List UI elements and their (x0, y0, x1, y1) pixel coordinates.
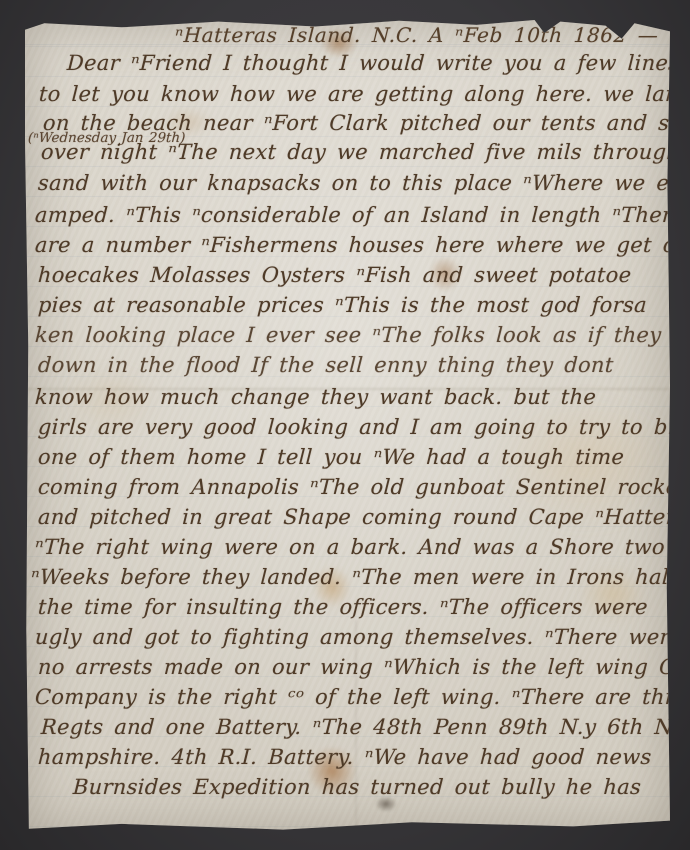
letter-line: no arrests made on our wing ⁿWhich is th… (37, 654, 690, 680)
letter-line: know how much change they want back. but… (34, 384, 597, 410)
letter-line: to let you know how we are getting along… (38, 81, 690, 107)
letter-line: ⁿWeeks before they landed. ⁿThe men were… (30, 564, 677, 590)
letter-line: Dear ⁿFriend I thought I would write you… (66, 50, 680, 76)
letter-line: Regts and one Battery. ⁿThe 48th Penn 89… (40, 714, 674, 740)
letter-line: over night ⁿThe next day we marched five… (40, 139, 690, 165)
letter-line: coming from Annapolis ⁿThe old gunboat S… (37, 474, 690, 500)
letter-page: ⁿHatteras Island. N.C. A ⁿFeb 10th 1862 … (25, 20, 670, 832)
letter-line: hoecakes Molasses Oysters ⁿFish and swee… (37, 262, 632, 288)
letter-line: one of them home I tell you ⁿWe had a to… (37, 444, 625, 470)
letter-text: ⁿHatteras Island. N.C. A ⁿFeb 10th 1862 … (25, 20, 670, 832)
photo-backdrop: ⁿHatteras Island. N.C. A ⁿFeb 10th 1862 … (0, 0, 690, 850)
letter-line: girls are very good looking and I am goi… (37, 414, 690, 440)
letter-line: are a number ⁿFishermens houses here whe… (34, 232, 690, 258)
letter-line: the time for insulting the officers. ⁿTh… (37, 594, 648, 620)
letter-dateline: ⁿHatteras Island. N.C. A ⁿFeb 10th 1862 … (174, 22, 659, 48)
letter-line: ken looking place I ever see ⁿThe folks … (34, 322, 690, 348)
letter-line: and pitched in great Shape coming round … (37, 504, 690, 530)
letter-line: down in the flood If the sell enny thing… (37, 352, 614, 378)
letter-line: pies at reasonable prices ⁿThis is the m… (37, 292, 647, 318)
letter-line: Company is the right ᶜᵒ of the left wing… (34, 684, 690, 710)
letter-line: ugly and got to fighting among themselve… (34, 624, 683, 650)
letter-line: amped. ⁿThis ⁿconsiderable of an Island … (34, 202, 685, 228)
letter-line: Burnsides Expedition has turned out bull… (72, 774, 642, 800)
letter-line: hampshire. 4th R.I. Battery. ⁿWe have ha… (37, 744, 652, 770)
letter-line: ⁿThe right wing were on a bark. And was … (34, 534, 665, 560)
letter-line: sand with our knapsacks on to this place… (37, 170, 690, 196)
